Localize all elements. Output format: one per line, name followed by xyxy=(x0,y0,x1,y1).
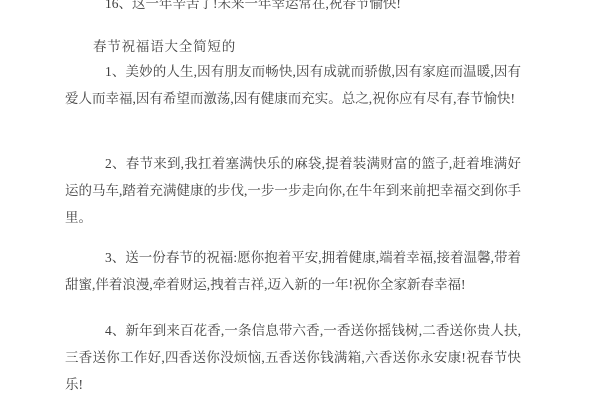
section-heading: 春节祝福语大全简短的 xyxy=(93,33,236,60)
document-page: 16、这一年辛苦了!未来一年幸运常在,祝春节愉快! 春节祝福语大全简短的 1、美… xyxy=(0,0,600,400)
greeting-paragraph-3: 3、送一份春节的祝福:愿你抱着平安,拥着健康,端着幸福,接着温馨,带着甜蜜,伴着… xyxy=(65,244,521,298)
greeting-paragraph-4: 4、新年到来百花香,一条信息带六香,一香送你摇钱树,二香送你贵人扶,三香送你工作… xyxy=(65,317,521,398)
greeting-paragraph-2: 2、春节来到,我扛着塞满快乐的麻袋,提着装满财富的篮子,赶着堆满好运的马车,踏着… xyxy=(65,150,521,231)
greeting-paragraph-1: 1、美妙的人生,因有朋友而畅快,因有成就而骄傲,因有家庭而温暖,因有爱人而幸福,… xyxy=(65,58,521,112)
clipped-previous-list-item: 16、这一年辛苦了!未来一年幸运常在,祝春节愉快! xyxy=(105,0,401,17)
